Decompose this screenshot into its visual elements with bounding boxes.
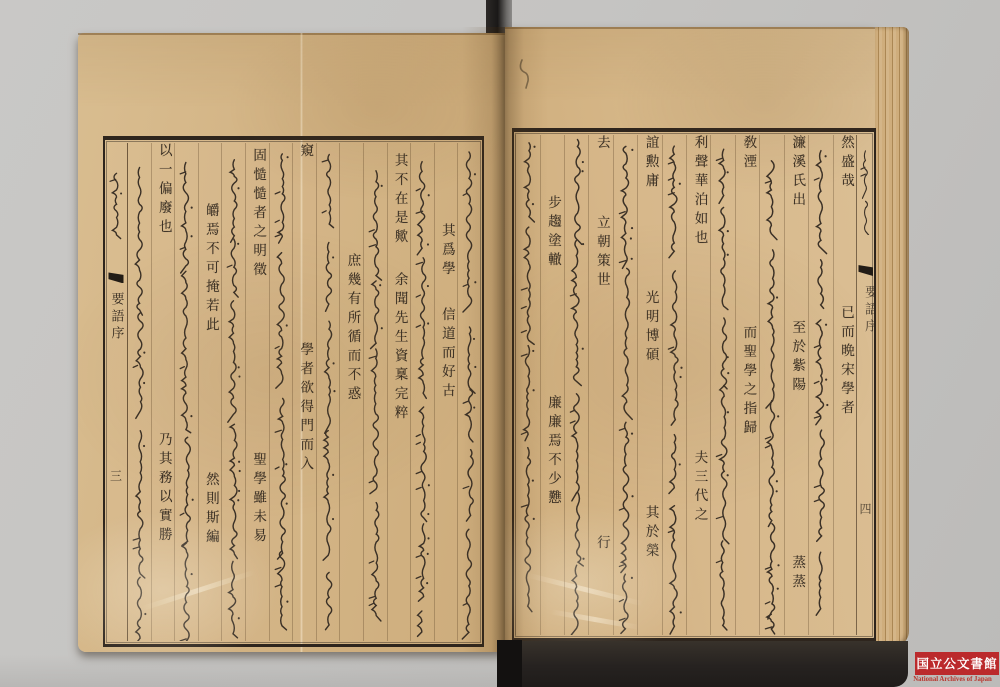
chinese-gloss-column: 利聲華泊如也夫三代之 — [686, 135, 710, 635]
chinese-text-run: 窺 — [298, 143, 312, 162]
chinese-text-run: 誼勲庸 — [643, 135, 657, 192]
chinese-text-run: 其爲學 — [439, 223, 453, 280]
chinese-text-run: 乃其務以實勝 — [156, 432, 170, 546]
book-shadow — [500, 641, 908, 687]
manchu-script-column — [363, 143, 387, 641]
chinese-gloss-column: 誼勲庸光明博碩其於榮 — [637, 135, 661, 635]
manchu-script-column — [564, 135, 588, 635]
chinese-text-run: 立朝策世 — [594, 215, 608, 291]
chinese-text-run: 蒸蒸 — [790, 555, 804, 593]
fishtail-ornament-icon — [858, 265, 873, 276]
chinese-text-run: 去 — [594, 135, 608, 154]
manchu-script-column — [410, 143, 434, 641]
folio-manchu-title — [105, 147, 127, 243]
left-page: 要語序 三 其爲學信道而好古其不在是歟余聞先生資稟完粹庶幾有所循而不惑窺學者欲得… — [78, 33, 505, 652]
folio-title: 要語序 — [110, 292, 123, 343]
chinese-gloss-column: 固慥慥者之明徵聖學雖未易 — [245, 143, 269, 641]
chinese-text-run: 至於紫陽 — [790, 320, 804, 396]
chinese-text-run: 以一偏廢也 — [156, 143, 170, 238]
chinese-text-run: 聖學雖未易 — [251, 452, 265, 547]
chinese-text-run: 余聞先生資稟完粹 — [392, 272, 406, 424]
chinese-gloss-column: 濂溪氏出至於紫陽蒸蒸 — [784, 135, 808, 635]
manchu-script-column — [457, 143, 481, 641]
chinese-text-run: 而聖學之指歸 — [741, 325, 755, 439]
right-page-columns: 然盛哉已而晩宋學者濂溪氏出至於紫陽蒸蒸敎湮而聖學之指歸利聲華泊如也夫三代之誼勲庸… — [515, 135, 857, 635]
chinese-text-run: 行 — [594, 535, 608, 554]
right-page: 要語序 四 然盛哉已而晩宋學者濂溪氏出至於紫陽蒸蒸敎湮而聖學之指歸利聲華泊如也夫… — [505, 27, 875, 645]
chinese-gloss-column: 去立朝策世行 — [588, 135, 612, 635]
chinese-gloss-column: 步趨塗轍廉廉焉不少戁 — [540, 135, 564, 635]
chinese-text-run: 濂溪氏出 — [790, 135, 804, 211]
chinese-text-run: 其於榮 — [643, 505, 657, 562]
chinese-text-run: 然則斯編 — [203, 472, 217, 548]
backdrop — [0, 655, 497, 687]
archive-stamp-en: National Archives of Japan — [905, 676, 1000, 683]
right-page-text-frame: 要語序 四 然盛哉已而晩宋學者濂溪氏出至於紫陽蒸蒸敎湮而聖學之指歸利聲華泊如也夫… — [512, 128, 876, 641]
folio-manchu-title — [857, 139, 874, 235]
folio-title: 要語序 — [863, 285, 874, 336]
left-page-text-frame: 要語序 三 其爲學信道而好古其不在是歟余聞先生資稟完粹庶幾有所循而不惑窺學者欲得… — [103, 136, 484, 647]
left-folio-strip: 要語序 三 — [105, 143, 128, 641]
folio-page-number: 四 — [859, 500, 871, 517]
folio-page-number: 三 — [110, 467, 122, 484]
chinese-gloss-column: 其不在是歟余聞先生資稟完粹 — [387, 143, 411, 641]
chinese-text-run: 廉廉焉不少戁 — [545, 395, 559, 509]
fishtail-ornament-icon — [109, 272, 124, 283]
chinese-text-run: 其不在是歟 — [392, 153, 406, 248]
book-cradle-strap-bottom — [497, 640, 522, 687]
manchu-script-column — [127, 143, 151, 641]
manchu-script-column — [269, 143, 293, 641]
chinese-gloss-column: 然盛哉已而晩宋學者 — [833, 135, 857, 635]
manchu-script-column — [662, 135, 686, 635]
ink-smudge-mark — [513, 57, 535, 91]
chinese-gloss-column: 庶幾有所循而不惑 — [339, 143, 363, 641]
page-stack-edge — [875, 27, 909, 647]
chinese-text-run: 庶幾有所循而不惑 — [345, 253, 359, 405]
manchu-script-column — [808, 135, 832, 635]
chinese-text-run: 固慥慥者之明徵 — [251, 148, 265, 281]
chinese-text-run: 皭焉不可掩若此 — [203, 203, 217, 336]
chinese-gloss-column: 皭焉不可掩若此然則斯編 — [198, 143, 222, 641]
left-page-top-edge — [78, 33, 505, 35]
chinese-text-run: 光明博碩 — [643, 290, 657, 366]
chinese-text-run: 步趨塗轍 — [545, 195, 559, 271]
archive-watermark: 国立公文書館 National Archives of Japan — [905, 652, 1000, 683]
chinese-gloss-column: 其爲學信道而好古 — [434, 143, 458, 641]
chinese-text-run: 學者欲得門而入 — [298, 342, 312, 475]
chinese-text-run: 信道而好古 — [439, 307, 453, 402]
chinese-gloss-column: 敎湮而聖學之指歸 — [735, 135, 759, 635]
chinese-gloss-column: 窺學者欲得門而入 — [292, 143, 316, 641]
book-photograph: 要語序 三 其爲學信道而好古其不在是歟余聞先生資稟完粹庶幾有所循而不惑窺學者欲得… — [0, 0, 1000, 687]
chinese-text-run: 敎湮 — [741, 135, 755, 173]
manchu-script-column — [515, 135, 539, 635]
manchu-script-column — [221, 143, 245, 641]
manchu-script-column — [710, 135, 734, 635]
chinese-text-run: 夫三代之 — [692, 450, 706, 526]
manchu-script-column — [613, 135, 637, 635]
right-folio-strip: 要語序 四 — [856, 135, 874, 635]
manchu-script-column — [316, 143, 340, 641]
chinese-text-run: 利聲華泊如也 — [692, 135, 706, 249]
chinese-gloss-column: 以一偏廢也乃其務以實勝 — [151, 143, 175, 641]
right-page-top-edge — [505, 27, 875, 29]
manchu-script-column — [759, 135, 783, 635]
manchu-script-column — [174, 143, 198, 641]
chinese-text-run: 然盛哉 — [839, 135, 853, 192]
chinese-text-run: 已而晩宋學者 — [839, 305, 853, 419]
archive-stamp-jp: 国立公文書館 — [915, 652, 999, 675]
left-page-columns: 其爲學信道而好古其不在是歟余聞先生資稟完粹庶幾有所循而不惑窺學者欲得門而入固慥慥… — [127, 143, 481, 641]
